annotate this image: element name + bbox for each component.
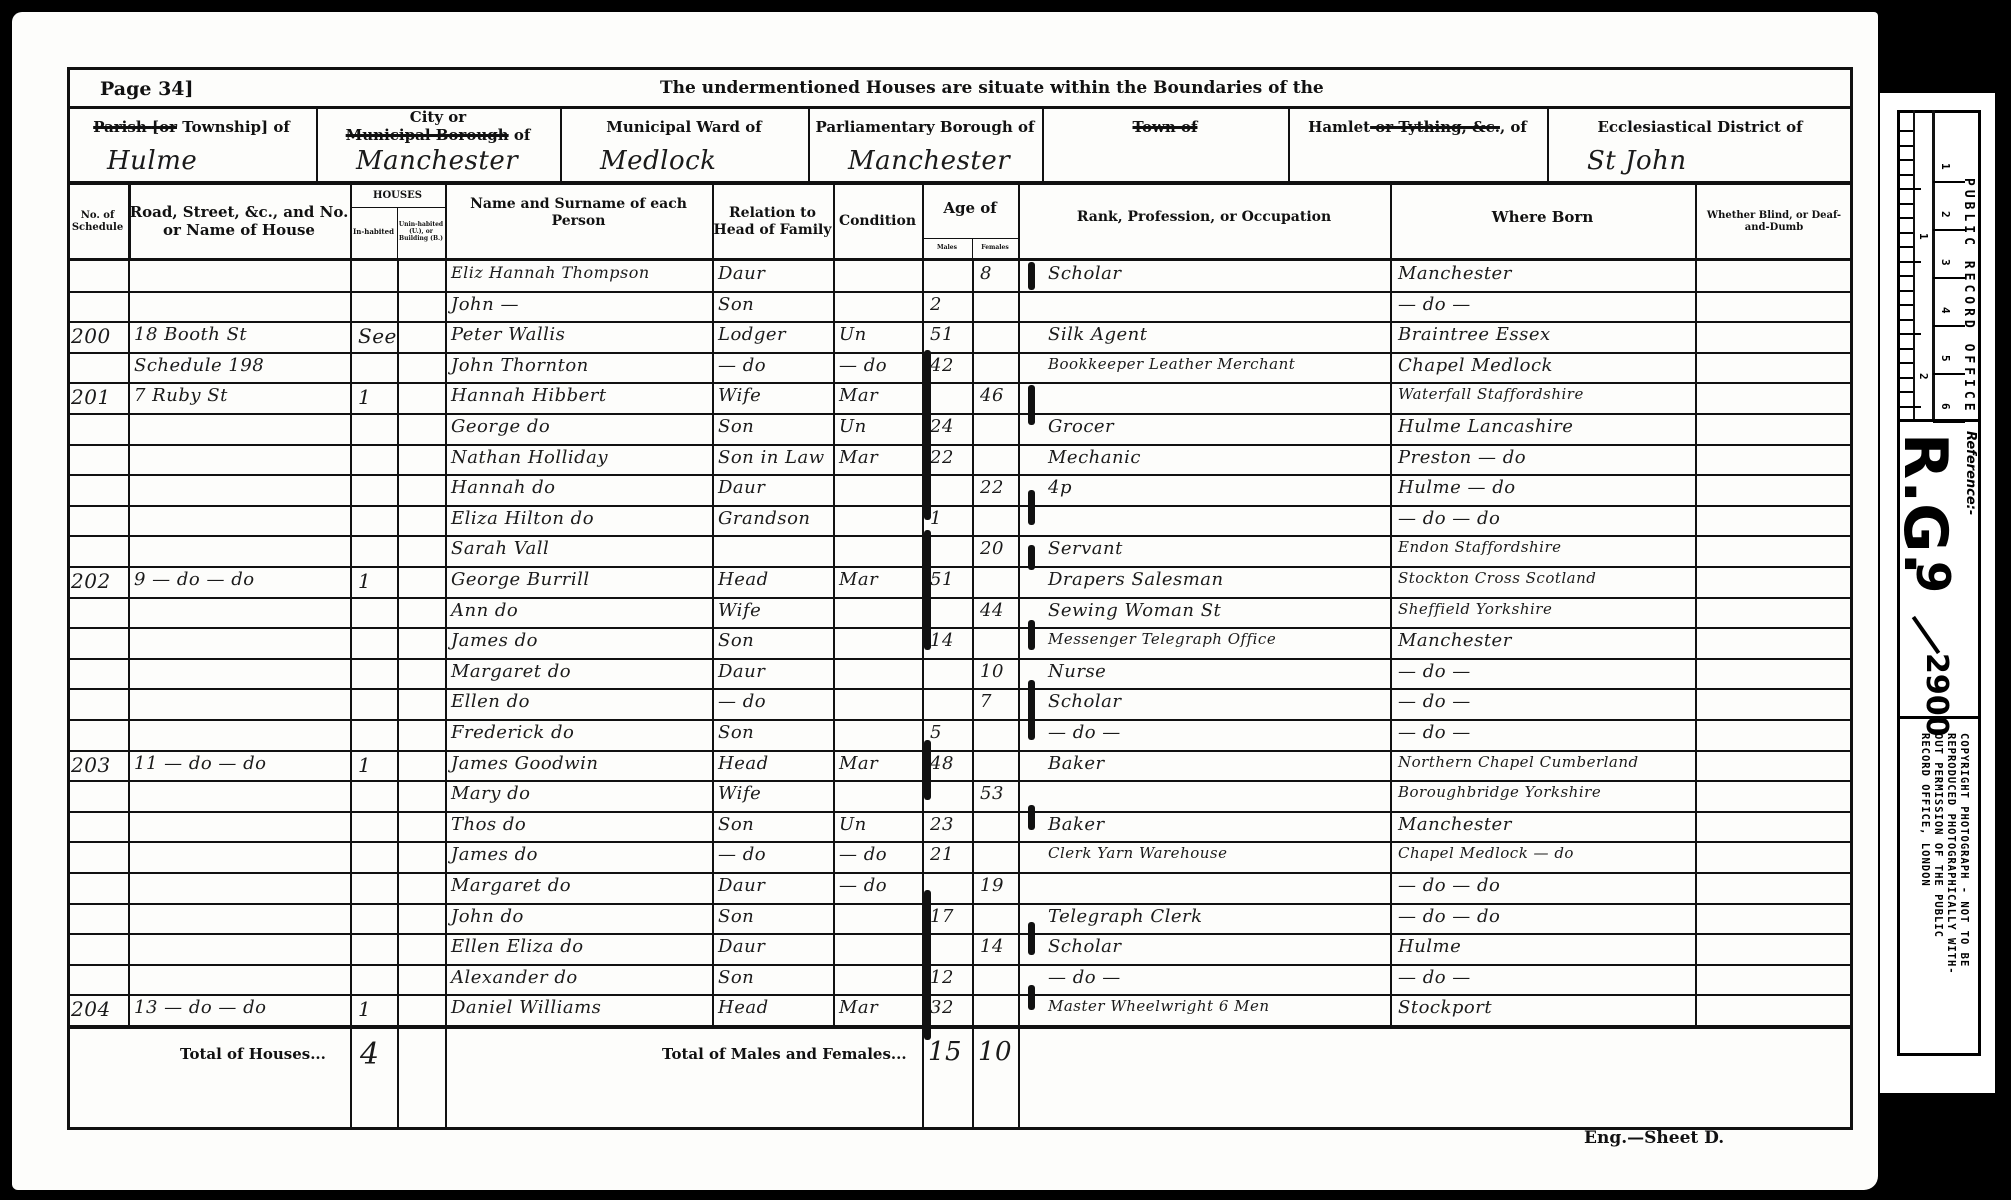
row-relation: — do (718, 844, 766, 865)
col-header-schedule: No. of Schedule (67, 185, 128, 258)
ruler-cm-label: 6 (1939, 403, 1952, 410)
row-male-age: 17 (930, 906, 954, 927)
column-rule (350, 185, 352, 258)
ruler-tick (1899, 159, 1913, 161)
row-female-age: 22 (980, 477, 1004, 498)
column-rule (445, 258, 447, 1026)
row-rule (67, 964, 1853, 966)
ruler-tick (1899, 130, 1913, 132)
ruler-cm-rule (1933, 277, 1965, 279)
row-road: 11 — do — do (134, 753, 267, 774)
column-rule (833, 185, 835, 258)
column-rule (922, 185, 924, 258)
office-label: PUBLIC RECORD OFFICE (1961, 178, 1976, 415)
ruler-cm-label: 5 (1939, 355, 1952, 362)
row-road: 13 — do — do (134, 997, 267, 1018)
ruler-cm-rule (1933, 325, 1965, 327)
ruler-cm-label: 4 (1939, 307, 1952, 314)
row-rule (67, 811, 1853, 813)
row-occupation: Scholar (1048, 263, 1121, 284)
row-where-born: Sheffield Yorkshire (1398, 600, 1552, 618)
row-male-age: 48 (930, 753, 954, 774)
row-male-age: 42 (930, 355, 954, 376)
row-name: Sarah Vall (451, 538, 549, 559)
row-relation: Wife (718, 783, 761, 804)
page-label: Page 34] (100, 78, 194, 100)
row-occupation: Sewing Woman St (1048, 600, 1221, 621)
row-male-age: 5 (930, 722, 942, 743)
row-rule (67, 352, 1853, 354)
boundary-label: City orMunicipal Borough of (316, 108, 560, 144)
boundary-value: Manchester (356, 146, 518, 176)
row-relation: Lodger (718, 324, 786, 345)
column-rule (1390, 258, 1392, 1026)
row-condition: — do (839, 875, 887, 896)
row-condition: Mar (839, 753, 878, 774)
column-rule (1018, 185, 1020, 258)
row-condition: Un (839, 324, 867, 345)
column-rule (1390, 185, 1392, 258)
row-occupation: Grocer (1048, 416, 1114, 437)
tally-mark (1028, 620, 1035, 650)
row-relation: Son (718, 630, 754, 651)
row-occupation: Nurse (1048, 661, 1106, 682)
row-female-age: 44 (980, 600, 1004, 621)
row-where-born: Boroughbridge Yorkshire (1398, 783, 1601, 801)
row-relation: Daur (718, 936, 765, 957)
tally-mark (1028, 805, 1035, 830)
tally-mark (1028, 385, 1035, 425)
column-rule (972, 238, 973, 258)
row-female-age: 10 (980, 661, 1004, 682)
row-name: John — (451, 294, 519, 315)
row-name: Ellen do (451, 691, 530, 712)
total-females: 10 (978, 1037, 1012, 1067)
ruler-tick (1899, 174, 1913, 176)
row-occupation: Silk Agent (1048, 324, 1147, 345)
row-male-age: 1 (930, 508, 942, 529)
row-rule (67, 933, 1853, 935)
row-where-born: Manchester (1398, 263, 1512, 284)
ruler-inch-label: 1 (1917, 233, 1930, 240)
column-rule (1018, 1027, 1020, 1127)
row-relation: Daur (718, 661, 765, 682)
row-schedule: 200 (71, 324, 111, 348)
row-male-age: 12 (930, 967, 954, 988)
row-name: Hannah Hibbert (451, 385, 607, 406)
row-male-age: 24 (930, 416, 954, 437)
tally-mark (1028, 490, 1035, 525)
boundary-label: Town of (1042, 118, 1288, 136)
ruler-cm-rule (1933, 229, 1965, 231)
copyright-line: RECORD OFFICE, LONDON (1919, 733, 1931, 887)
row-where-born: Waterfall Staffordshire (1398, 385, 1584, 403)
tally-mark (924, 350, 931, 520)
total-males: 15 (928, 1037, 962, 1067)
sheet-footer: Eng.—Sheet D. (1584, 1128, 1724, 1148)
ruler-cm-label: 1 (1939, 163, 1952, 170)
row-name: Ann do (451, 600, 518, 621)
ruler-tick (1899, 304, 1913, 306)
row-rule (67, 627, 1853, 629)
total-houses-value: 4 (360, 1037, 380, 1072)
boundary-label: Hamlet or Tything, &c., of (1288, 118, 1547, 136)
row-where-born: — do — (1398, 294, 1471, 315)
row-road: 9 — do — do (134, 569, 255, 590)
ruler-tick (1899, 406, 1921, 408)
row-inhabited: See (358, 324, 397, 348)
ruler-tick (1899, 246, 1913, 248)
row-relation: Daur (718, 263, 765, 284)
boundaries-banner: The undermentioned Houses are situate wi… (660, 78, 1324, 98)
row-name: Hannah do (451, 477, 556, 498)
col-header-males: Males (922, 238, 972, 258)
row-name: John do (451, 906, 524, 927)
row-name: Eliza Hilton do (451, 508, 594, 529)
row-female-age: 7 (980, 691, 992, 712)
row-male-age: 23 (930, 814, 954, 835)
row-where-born: Braintree Essex (1398, 324, 1551, 345)
row-rule (67, 566, 1853, 568)
row-male-age: 51 (930, 569, 954, 590)
copyright-line: REPRODUCED PHOTOGRAPHICALLY WITH- (1945, 733, 1957, 975)
row-rule (67, 903, 1853, 905)
row-occupation: Telegraph Clerk (1048, 906, 1203, 927)
row-male-age: 21 (930, 844, 954, 865)
total-houses-label: Total of Houses... (180, 1045, 326, 1063)
row-relation: Son (718, 906, 754, 927)
row-relation: Head (718, 753, 769, 774)
row-female-age: 14 (980, 936, 1004, 957)
ruler-tick (1899, 362, 1913, 364)
col-header-blind: Whether Blind, or Deaf-and-Dumb (1695, 185, 1853, 258)
copyright-line: COPYRIGHT PHOTOGRAPH - NOT TO BE (1958, 733, 1970, 967)
row-occupation: 4p (1048, 477, 1072, 498)
row-name: George do (451, 416, 550, 437)
boundary-label: Parish [or Township] of (67, 118, 316, 136)
ruler-tick (1899, 203, 1913, 205)
row-relation: Grandson (718, 508, 811, 529)
row-where-born: Hulme Lancashire (1398, 416, 1573, 437)
ruler-cm-rule (1933, 421, 1965, 423)
column-rule (833, 258, 835, 1026)
row-schedule: 204 (71, 997, 111, 1021)
row-rule (67, 994, 1853, 996)
column-rule (397, 207, 398, 258)
row-rule (67, 444, 1853, 446)
row-relation: Son (718, 722, 754, 743)
row-inhabited: 1 (358, 569, 371, 593)
ruler-tick (1899, 232, 1913, 234)
ruler-tick (1899, 145, 1913, 147)
row-relation: — do (718, 691, 766, 712)
boundary-value: Hulme (107, 146, 197, 176)
row-name: Thos do (451, 814, 526, 835)
ruler-tick (1899, 348, 1913, 350)
row-condition: Un (839, 814, 867, 835)
boundary-value: Medlock (600, 146, 716, 176)
row-male-age: 22 (930, 447, 954, 468)
row-female-age: 46 (980, 385, 1004, 406)
col-header-road: Road, Street, &c., and No. or Name of Ho… (128, 185, 350, 258)
ruler-tick (1899, 391, 1913, 393)
row-relation: Head (718, 997, 769, 1018)
row-where-born: Manchester (1398, 814, 1512, 835)
row-relation: Son in Law (718, 447, 825, 468)
ruler-cm-label: 2 (1939, 211, 1952, 218)
row-rule (67, 505, 1853, 507)
row-inhabited: 1 (358, 997, 371, 1021)
ruler-tick (1899, 333, 1921, 335)
row-occupation: Master Wheelwright 6 Men (1048, 997, 1270, 1015)
row-female-age: 53 (980, 783, 1004, 804)
column-rule (445, 1027, 447, 1127)
row-relation: Wife (718, 385, 761, 406)
row-condition: Un (839, 416, 867, 437)
col-header-age: Age of (922, 185, 1018, 232)
archive-reference-strip: PUBLIC RECORD OFFICE Reference:- R.G. 9 … (1880, 93, 1995, 1093)
column-rule (1695, 185, 1697, 258)
row-name: Frederick do (451, 722, 574, 743)
row-occupation: Clerk Yarn Warehouse (1048, 844, 1228, 862)
row-name: Alexander do (451, 967, 578, 988)
row-where-born: — do — do (1398, 875, 1500, 896)
row-rule (67, 750, 1853, 752)
row-occupation: Scholar (1048, 936, 1121, 957)
row-occupation: Scholar (1048, 691, 1121, 712)
row-occupation: — do — (1048, 722, 1121, 743)
row-condition: Mar (839, 447, 878, 468)
row-where-born: Chapel Medlock — do (1398, 844, 1574, 862)
row-where-born: Northern Chapel Cumberland (1398, 753, 1639, 771)
ruler-tick (1899, 319, 1913, 321)
ruler-tick (1899, 290, 1913, 292)
tally-mark (1028, 680, 1035, 740)
row-name: James do (451, 630, 538, 651)
row-name: George Burrill (451, 569, 590, 590)
row-rule (67, 658, 1853, 660)
row-occupation: Drapers Salesman (1048, 569, 1224, 590)
column-rule (397, 258, 399, 1026)
row-where-born: Hulme — do (1398, 477, 1516, 498)
rule (1913, 110, 1915, 422)
row-where-born: Manchester (1398, 630, 1512, 651)
ruler-inch-label: 2 (1917, 373, 1930, 380)
row-relation: Daur (718, 875, 765, 896)
column-rule (128, 258, 130, 1026)
row-where-born: Endon Staffordshire (1398, 538, 1562, 556)
tally-mark (1028, 922, 1035, 955)
boundary-value: Manchester (848, 146, 1010, 176)
tally-mark (924, 530, 931, 650)
row-schedule: 201 (71, 385, 111, 409)
ruler-tick (1899, 217, 1913, 219)
column-rule (972, 1027, 974, 1127)
col-header-condition: Condition (833, 185, 922, 258)
boundary-value: St John (1587, 146, 1687, 176)
row-where-born: — do — (1398, 722, 1471, 743)
row-relation: Daur (718, 477, 765, 498)
row-road: 18 Booth St (134, 324, 247, 345)
col-header-name: Name and Surname of each Person (445, 185, 712, 240)
row-where-born: — do — (1398, 967, 1471, 988)
row-relation: Son (718, 294, 754, 315)
row-relation: Son (718, 416, 754, 437)
row-occupation: Baker (1048, 814, 1105, 835)
total-persons-label: Total of Males and Females... (662, 1045, 907, 1063)
col-header-uninhabited: Unin-habited (U.), or Building (B.) (397, 207, 445, 258)
column-rule (128, 185, 131, 258)
row-name: Margaret do (451, 875, 571, 896)
col-header-females: Females (972, 238, 1018, 258)
ruler-cm-label: 3 (1939, 259, 1952, 266)
column-rule (350, 1027, 352, 1127)
rule (1932, 110, 1935, 422)
ruler-cm-rule (1933, 373, 1965, 375)
ruler-cm-rule (1933, 181, 1965, 183)
rule (67, 258, 1853, 261)
row-name: Daniel Williams (451, 997, 601, 1018)
row-relation: — do (718, 355, 766, 376)
row-relation: Wife (718, 600, 761, 621)
row-name: Eliz Hannah Thompson (451, 263, 650, 282)
row-rule (67, 413, 1853, 415)
row-rule (67, 872, 1853, 874)
row-where-born: Stockton Cross Scotland (1398, 569, 1596, 587)
row-where-born: — do — do (1398, 906, 1500, 927)
row-rule (67, 321, 1853, 323)
ruler-tick (1899, 377, 1913, 379)
boundary-label: Municipal Ward of (560, 118, 808, 136)
row-name: Mary do (451, 783, 531, 804)
row-rule (67, 382, 1853, 384)
row-rule (67, 535, 1853, 537)
row-condition: — do (839, 844, 887, 865)
row-where-born: Chapel Medlock (1398, 355, 1553, 376)
column-rule (1695, 258, 1697, 1026)
row-schedule: 202 (71, 569, 111, 593)
column-rule (445, 185, 447, 258)
row-road: 7 Ruby St (134, 385, 228, 406)
row-relation: Head (718, 569, 769, 590)
row-female-age: 20 (980, 538, 1004, 559)
reference-label: Reference:- (1963, 431, 1978, 515)
column-rule (922, 1027, 924, 1127)
row-rule (67, 597, 1853, 599)
row-rule (67, 291, 1853, 293)
row-name: James do (451, 844, 538, 865)
copyright-line: OUT PERMISSION OF THE PUBLIC (1932, 733, 1944, 938)
col-header-occupation: Rank, Profession, or Occupation (1018, 185, 1390, 250)
row-relation: Son (718, 967, 754, 988)
row-schedule: 203 (71, 753, 111, 777)
row-rule (67, 719, 1853, 721)
ruler-tick (1899, 275, 1913, 277)
col-header-relation: Relation to Head of Family (712, 185, 833, 258)
row-inhabited: 1 (358, 385, 371, 409)
column-rule (1018, 258, 1020, 1026)
row-condition: Mar (839, 997, 878, 1018)
row-relation: Son (718, 814, 754, 835)
row-occupation: — do — (1048, 967, 1121, 988)
row-male-age: 51 (930, 324, 954, 345)
row-rule (67, 841, 1853, 843)
tally-mark (1028, 985, 1035, 1010)
row-name: James Goodwin (451, 753, 598, 774)
column-rule (972, 258, 974, 1026)
column-rule (350, 258, 352, 1026)
row-female-age: 19 (980, 875, 1004, 896)
series-code: R.G. (1890, 433, 1960, 575)
ruler-tick (1899, 188, 1921, 190)
row-where-born: — do — (1398, 691, 1471, 712)
col-header-houses: HOUSES (350, 185, 445, 207)
row-occupation: Messenger Telegraph Office (1048, 630, 1276, 648)
row-condition: — do (839, 355, 887, 376)
tally-mark (924, 890, 931, 1040)
row-male-age: 2 (930, 294, 942, 315)
piece-prefix: 9 (1906, 561, 1960, 593)
row-condition: Mar (839, 569, 878, 590)
row-where-born: — do — (1398, 661, 1471, 682)
row-occupation: Baker (1048, 753, 1105, 774)
row-where-born: — do — do (1398, 508, 1500, 529)
row-male-age: 14 (930, 630, 954, 651)
boundary-label: Parliamentary Borough of (808, 118, 1042, 136)
column-rule (712, 185, 714, 258)
col-header-inhabited: In-habited (350, 207, 397, 258)
row-name: Peter Wallis (451, 324, 565, 345)
row-condition: Mar (839, 385, 878, 406)
row-occupation: Servant (1048, 538, 1123, 559)
row-rule (67, 474, 1853, 476)
row-rule (67, 780, 1853, 782)
row-rule (67, 688, 1853, 690)
row-female-age: 8 (980, 263, 992, 284)
tally-mark (1028, 262, 1035, 290)
ruler-tick (1899, 261, 1921, 263)
row-name: Nathan Holliday (451, 447, 608, 468)
row-occupation: Bookkeeper Leather Merchant (1048, 355, 1295, 373)
row-name: Margaret do (451, 661, 571, 682)
row-name: Ellen Eliza do (451, 936, 584, 957)
col-header-where-born: Where Born (1390, 185, 1695, 250)
boundary-label: Ecclesiastical District of (1547, 118, 1853, 136)
row-road: Schedule 198 (134, 355, 264, 376)
tally-mark (1028, 545, 1035, 570)
row-inhabited: 1 (358, 753, 371, 777)
tally-mark (924, 740, 931, 800)
column-rule (397, 1027, 399, 1127)
row-where-born: Hulme (1398, 936, 1461, 957)
row-where-born: Preston — do (1398, 447, 1526, 468)
column-rule (712, 258, 714, 1026)
row-where-born: Stockport (1398, 997, 1492, 1018)
row-occupation: Mechanic (1048, 447, 1141, 468)
row-rule (67, 1025, 1853, 1029)
row-male-age: 32 (930, 997, 954, 1018)
row-name: John Thornton (451, 355, 589, 376)
